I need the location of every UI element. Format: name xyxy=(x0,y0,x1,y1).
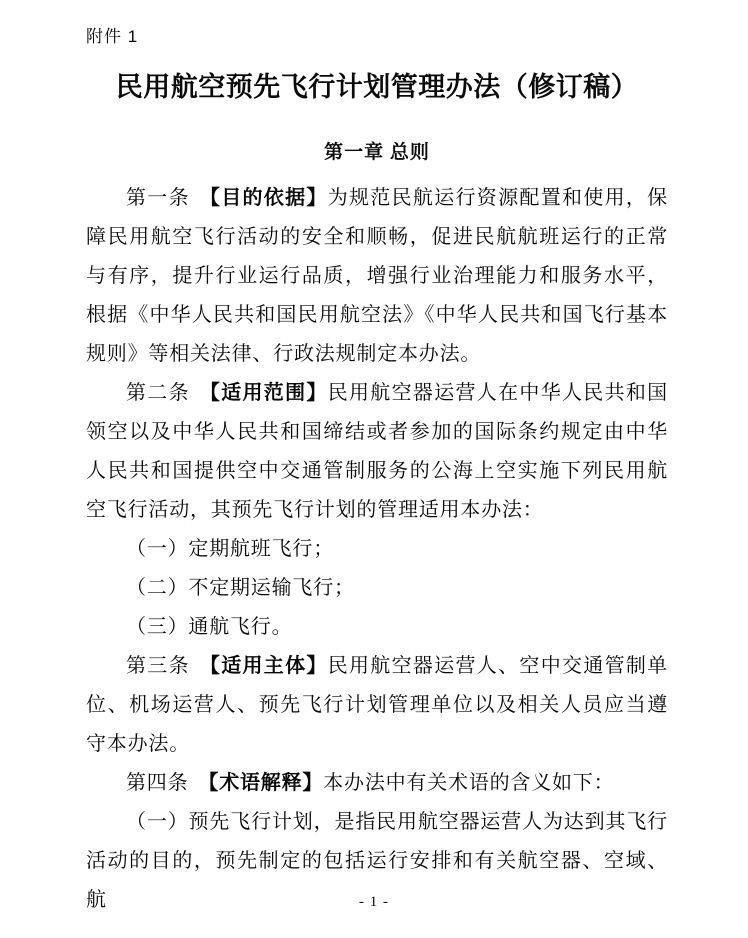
paragraph-article-3: 第三条【适用主体】民用航空器运营人、空中交通管制单位、机场运营人、预先飞行计划管… xyxy=(86,647,668,764)
chapter-heading: 第一章 总则 xyxy=(86,142,668,163)
list-item-text: （三）通航飞行。 xyxy=(126,616,292,638)
article-number: 第三条 xyxy=(126,655,190,677)
attachment-label: 附件 1 xyxy=(86,25,668,48)
list-item-2: （二）不定期运输飞行； xyxy=(86,569,668,608)
paragraph-article-2: 第二条【适用范围】民用航空器运营人在中华人民共和国领空以及中华人民共和国缔结或者… xyxy=(86,374,668,530)
document-page: 附件 1 民用航空预先飞行计划管理办法（修订稿） 第一章 总则 第一条【目的依据… xyxy=(0,0,748,938)
list-item-text: （二）不定期运输飞行； xyxy=(126,577,355,599)
article-number: 第一条 xyxy=(126,187,190,209)
article-term: 【术语解释】 xyxy=(198,772,323,794)
document-body: 第一条【目的依据】为规范民航运行资源配置和使用，保障民用航空飞行活动的安全和顺畅… xyxy=(86,179,668,920)
article-number: 第四条 xyxy=(126,772,188,794)
paragraph-article-4: 第四条【术语解释】本办法中有关术语的含义如下： xyxy=(86,764,668,803)
article-term: 【适用主体】 xyxy=(200,655,328,677)
list-item-1: （一）定期航班飞行； xyxy=(86,530,668,569)
article-text: 本办法中有关术语的含义如下： xyxy=(323,772,614,794)
document-title: 民用航空预先飞行计划管理办法（修订稿） xyxy=(86,67,668,107)
article-term: 【适用范围】 xyxy=(200,382,328,404)
list-item-3: （三）通航飞行。 xyxy=(86,608,668,647)
article-text: 为规范民航运行资源配置和使用，保障民用航空飞行活动的安全和顺畅，促进民航航班运行… xyxy=(86,187,668,365)
paragraph-article-1: 第一条【目的依据】为规范民航运行资源配置和使用，保障民用航空飞行活动的安全和顺畅… xyxy=(86,179,668,374)
list-item-text: （一）定期航班飞行； xyxy=(126,538,334,560)
article-number: 第二条 xyxy=(126,382,190,404)
page-number: - 1 - xyxy=(0,892,748,912)
article-term: 【目的依据】 xyxy=(200,187,328,209)
